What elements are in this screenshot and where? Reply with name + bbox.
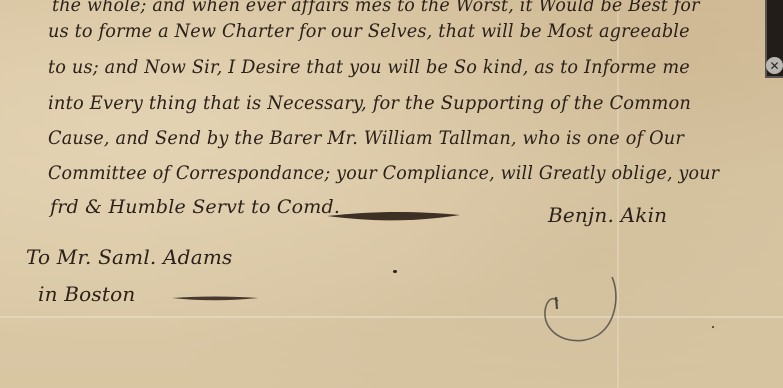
closing-flourish	[325, 206, 465, 228]
ink-speck	[393, 270, 397, 273]
close-icon: ✕	[769, 60, 779, 72]
document-viewer: the whole; and when ever affairs mes to …	[0, 0, 783, 388]
paper-fold-horizontal	[0, 316, 783, 318]
letter-line-1: the whole; and when ever affairs mes to …	[52, 0, 700, 16]
address-recipient: To Mr. Saml. Adams	[26, 245, 232, 269]
manuscript-page: the whole; and when ever affairs mes to …	[0, 0, 783, 388]
letter-line-4: into Every thing that is Necessary, for …	[48, 92, 691, 114]
letter-line-3: to us; and Now Sir, I Desire that you wi…	[48, 56, 690, 78]
address-location: in Boston	[38, 282, 135, 306]
letter-line-6: Committee of Correspondance; your Compli…	[48, 162, 719, 184]
close-button[interactable]: ✕	[766, 57, 783, 74]
letter-line-2: us to forme a New Charter for our Selves…	[48, 20, 690, 42]
signature: Benjn. Akin	[548, 203, 667, 227]
letter-closing: frd & Humble Servt to Comd.	[50, 196, 340, 218]
letter-line-5: Cause, and Send by the Barer Mr. William…	[48, 127, 684, 149]
ink-speck	[712, 326, 714, 328]
pencil-circle-mark	[538, 265, 628, 350]
address-underline	[170, 292, 260, 304]
